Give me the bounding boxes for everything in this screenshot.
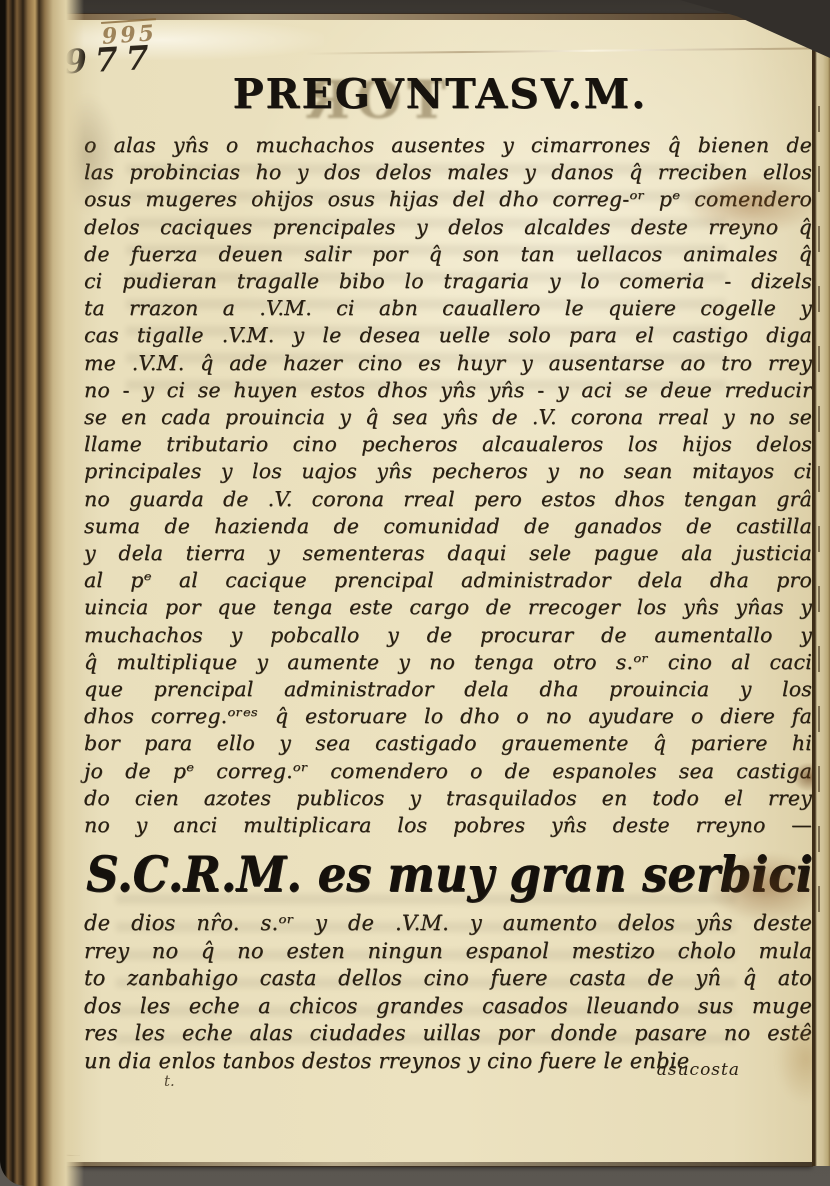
manuscript-line: uincia por que tenga este cargo de rreco…	[84, 594, 812, 621]
manuscript-line: delos caciques prencipales y delos alcal…	[84, 214, 812, 241]
manuscript-line: dos les eche a chicos grandes casados ll…	[84, 993, 812, 1021]
manuscript-line: llame tributario cino pecheros alcaualer…	[84, 431, 812, 458]
manuscript-line: q̂ multiplique y aumente y no tenga otro…	[84, 649, 812, 676]
manuscript-line: res les eche alas ciudades uillas por do…	[84, 1020, 812, 1048]
manuscript-line: de dios nr̂o. s.ᵒʳ y de .V.M. y aumento …	[84, 910, 812, 938]
manuscript-line: me .V.M. q̂ ade hazer cino es huyr y aus…	[84, 350, 812, 377]
manuscript-line: se en cada prouincia y q̂ sea yn̂s de .V…	[84, 404, 812, 431]
manuscript-line: bor para ello y sea castigado grauemente…	[84, 730, 812, 757]
manuscript-line: las probincias ho y dos delos males y da…	[84, 159, 812, 186]
manuscript-line: no y anci multiplicara los pobres yn̂s d…	[84, 812, 812, 839]
manuscript-line: jo de pᵉ correg.ᵒʳ comendero o de espano…	[84, 758, 812, 785]
manuscript-line: muchachos y pobcallo y de procurar de au…	[84, 622, 812, 649]
manuscript-line: y dela tierra y sementeras daqui sele pa…	[84, 540, 812, 567]
manuscript-line: ci pudieran tragalle bibo lo tragaria y …	[84, 268, 812, 295]
page-edge-right	[812, 14, 830, 1166]
manuscript-line: principales y los uajos yn̂s pecheros y …	[84, 458, 812, 485]
page-title: PREGVNTASV.M.	[90, 70, 790, 118]
catchword: asucosta	[657, 1060, 740, 1080]
manuscript-line: o alas yn̂s o muchachos ausentes y cimar…	[84, 132, 812, 159]
marginal-mark: t.	[164, 1072, 175, 1090]
manuscript-line: dhos correg.ᵒʳᵉˢ q̂ estoruare lo dho o n…	[84, 703, 812, 730]
scrm-text-block: de dios nr̂o. s.ᵒʳ y de .V.M. y aumento …	[84, 910, 812, 1076]
manuscript-line: cas tigalle .V.M. y le desea uelle solo …	[84, 322, 812, 349]
manuscript-line: osus mugeres ohijos osus hijas del dho c…	[84, 186, 812, 213]
paper-crease	[306, 47, 826, 54]
manuscript-line: al pᵉ al cacique prencipal administrador…	[84, 567, 812, 594]
manuscript-line: que prencipal administrador dela dha pro…	[84, 676, 812, 703]
manuscript-line: do cien azotes publicos y trasquilados e…	[84, 785, 812, 812]
manuscript-line: no guarda de .V. corona rreal pero estos…	[84, 486, 812, 513]
scrm-heading: S.C.R.M. es muy gran serbici	[86, 846, 816, 903]
manuscript-line: suma de hazienda de comunidad de ganados…	[84, 513, 812, 540]
manuscript-line: ta rrazon a .V.M. ci abn cauallero le qu…	[84, 295, 812, 322]
manuscript-line: de fuerza deuen salir por q̂ son tan uel…	[84, 241, 812, 268]
manuscript-line: to zanbahigo casta dellos cino fuere cas…	[84, 965, 812, 993]
book-gutter	[0, 0, 84, 1186]
question-text-block: o alas yn̂s o muchachos ausentes y cimar…	[84, 132, 812, 839]
manuscript-line: no - y ci se huyen estos dhos yn̂s yn̂s …	[84, 377, 812, 404]
manuscript-line: rrey no q̂ no esten ningun espanol mesti…	[84, 938, 812, 966]
manuscript-page: TOR 995 977 PREGVNTASV.M. o alas yn̂s o …	[6, 14, 812, 1166]
